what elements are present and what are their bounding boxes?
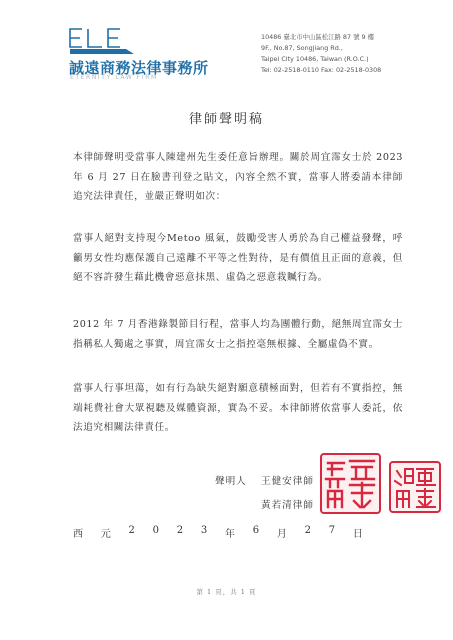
date-char: 6 [253,525,259,540]
document-date: 西 元 2 0 2 3 年 6 月 2 7 日 [73,525,363,540]
paragraph-intro: 本律師聲明受當事人陳建州先生委任意旨辦理。關於周宜霈女士於 2023 年 6 月… [73,148,403,207]
date-char: 西 [73,525,83,540]
address-line: 9F., No.87, Songjiang Rd., [261,43,381,54]
date-char: 年 [225,525,235,540]
seal-stamp-icon [320,453,381,514]
date-char: 元 [101,525,111,540]
signature-label: 聲明人 [215,473,247,487]
seal-stamp-icon [389,461,441,513]
date-char: 2 [129,525,135,540]
date-char: 月 [277,525,287,540]
paragraph-metoo: 當事人絕對支持現今Metoo 風氣，鼓勵受害人勇於為自己權益發聲，呼籲男女性均應… [73,229,403,288]
signer-name: 黃若清律師 [261,497,314,511]
firm-name-en: ETERNITY LAW FIRM [70,74,158,81]
address-line: 10486 臺北市中山區松江路 87 號 9 樓 [261,32,381,43]
document-title: 律師聲明稿 [0,108,453,127]
address-line: Taipei City 10486, Taiwan (R.O.C.) [261,54,381,65]
page-number: 第 1 頁，共 1 頁 [0,587,453,596]
paragraph-facts: 2012 年 7 月香港錄製節目行程，當事人均為團體行動，絕無周宜霈女士指稱私人… [73,315,403,354]
signer-name: 王健安律師 [261,473,314,487]
date-char: 3 [201,525,207,540]
ele-logo-mark-icon [68,27,138,55]
date-char: 7 [329,525,335,540]
firm-address: 10486 臺北市中山區松江路 87 號 9 樓 9F., No.87, Son… [261,32,381,76]
paragraph-conclusion: 當事人行事坦蕩，如有行為缺失絕對願意積極面對，但若有不實指控，無端耗費社會大眾視… [73,379,403,438]
contact-line: Tel: 02-2518-0110 Fax: 02-2518-0308 [261,65,381,76]
date-char: 2 [177,525,183,540]
firm-logo: 誠遠商務法律事務所 ETERNITY LAW FIRM [68,27,208,79]
date-char: 日 [353,525,363,540]
date-char: 2 [305,525,311,540]
date-char: 0 [153,525,159,540]
